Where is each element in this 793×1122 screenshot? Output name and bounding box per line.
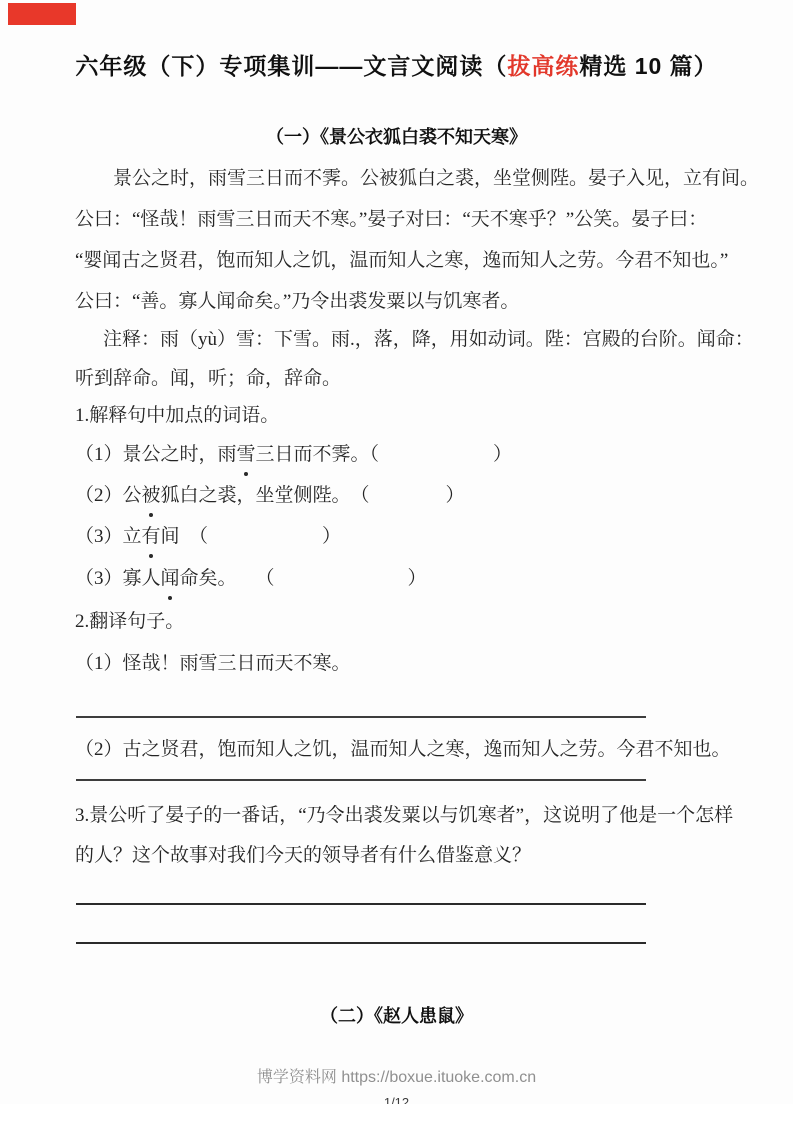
note-line: 听到辞命。闻，听；命，辞命。	[75, 365, 341, 393]
question-1-item: （2）公被狐白之裘，坐堂侧陛。 （ ）	[75, 482, 465, 510]
question-2-item: （1）怪哉！雨雪三日而天不寒。	[75, 650, 351, 678]
bottom-page-edge	[0, 1104, 793, 1122]
answer-line	[76, 942, 646, 944]
page-title: 六年级（下）专项集训——文言文阅读（拔高练精选 10 篇）	[0, 50, 793, 82]
answer-line	[76, 716, 646, 718]
question-1-item: （3）寡人闻命矣。 （ ）	[75, 565, 427, 593]
note-line: 注释：雨（yù）雪：下雪。雨.，落，降，用如动词。陛：宫殿的台阶。闻命：	[75, 326, 754, 354]
section-2-heading: （二）《赵人患鼠》	[0, 1003, 793, 1029]
question-2-label: 2.翻译句子。	[75, 608, 184, 636]
passage-line: “婴闻古之贤君，饱而知人之饥，温而知人之寒，逸而知人之劳。今君不知也。”	[75, 247, 728, 275]
answer-line	[76, 903, 646, 905]
question-1-item: （1）景公之时，雨雪三日而不霁。（ ）	[75, 441, 512, 469]
question-2-item: （2）古之贤君，饱而知人之饥，温而知人之寒，逸而知人之劳。今君不知也。	[75, 736, 731, 764]
section-1-heading: （一）《景公衣狐白裘不知天寒》	[0, 124, 793, 150]
worksheet-page: 六年级（下）专项集训——文言文阅读（拔高练精选 10 篇） （一）《景公衣狐白裘…	[0, 0, 793, 1122]
question-1-item: （3）立有间 （ ）	[75, 523, 341, 551]
footer-site-label: 博学资料网 https://boxue.ituoke.com.cn	[0, 1067, 793, 1089]
question-3-line: 的人？这个故事对我们今天的领导者有什么借鉴意义？	[75, 842, 531, 870]
passage-line: 景公之时，雨雪三日而不霁。公被狐白之裘，坐堂侧陛。晏子入见，立有间。	[75, 165, 759, 193]
question-3-line: 3.景公听了晏子的一番话，“乃令出裘发粟以与饥寒者”，这说明了他是一个怎样	[75, 802, 733, 830]
passage-line: 公曰：“怪哉！雨雪三日而天不寒。”晏子对曰：“天不寒乎？”公笑。晏子曰：	[75, 206, 707, 234]
red-highlight-marker	[8, 3, 76, 25]
question-1-label: 1.解释句中加点的词语。	[75, 402, 279, 430]
passage-line: 公曰：“善。寡人闻命矣。”乃令出裘发粟以与饥寒者。	[75, 288, 519, 316]
answer-line	[76, 779, 646, 781]
